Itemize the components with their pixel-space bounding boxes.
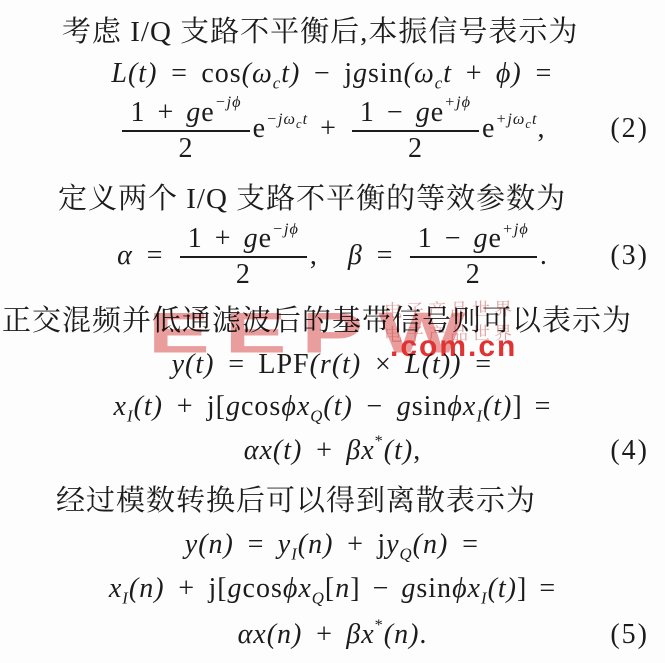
equation-5-line-3-body: αx(n) + βx*(n). — [238, 619, 428, 650]
equation-5-line-3: αx(n) + βx*(n). (5) — [0, 617, 665, 653]
equation-number-3: (3) — [610, 221, 649, 291]
equation-4-line-1-body: y(t) = LPF(r(t) × L(t)) = — [172, 349, 494, 380]
equation-2: 1 + ge−jϕ2e−jωct + 1 − ge+jϕ2e+jωct, (2) — [0, 94, 665, 165]
equation-3: α = 1 + ge−jϕ2, β = 1 − ge+jϕ2. (3) — [0, 221, 665, 292]
equation-5-line-1: y(n) = yI(n) + jyQ(n) = — [0, 527, 665, 563]
paragraph-baseband-intro: 正交混频并低通滤波后的基带信号则可以表示为 — [2, 303, 665, 339]
equation-2-body: 1 + ge−jϕ2e−jωct + 1 − ge+jϕ2e+jωct, — [119, 113, 545, 144]
equation-5-line-1-body: y(n) = yI(n) + jyQ(n) = — [185, 529, 480, 560]
paragraph-parameters-intro: 定义两个 I/Q 支路不平衡的等效参数为 — [58, 181, 665, 217]
equation-lo-body: L(t) = cos(ωct) − jgsin(ωct + ϕ) = — [111, 58, 553, 89]
equation-number-2: (2) — [610, 94, 649, 164]
equation-5-line-2-body: xI(n) + j[gcosϕxQ[n] − gsinϕxI(t)] = — [109, 573, 556, 604]
equation-lo-signal: L(t) = cos(ωct) − jgsin(ωct + ϕ) = — [0, 56, 665, 92]
page-content: 考虑 I/Q 支路不平衡后,本振信号表示为 L(t) = cos(ωct) − … — [0, 0, 665, 663]
equation-number-5: (5) — [610, 617, 649, 653]
equation-4-line-2: xI(t) + j[gcosϕxQ(t) − gsinϕxI(t)] = — [0, 389, 665, 425]
equation-3-body: α = 1 + ge−jϕ2, β = 1 − ge+jϕ2. — [117, 240, 548, 271]
paragraph-discrete-intro: 经过模数转换后可以得到离散表示为 — [56, 483, 665, 519]
paragraph-lo-intro: 考虑 I/Q 支路不平衡后,本振信号表示为 — [62, 14, 665, 50]
equation-4-line-3: αx(t) + βx*(t), (4) — [0, 433, 665, 469]
equation-4-line-3-body: αx(t) + βx*(t), — [244, 435, 421, 466]
scanned-paper-page: 考虑 I/Q 支路不平衡后,本振信号表示为 L(t) = cos(ωct) − … — [0, 0, 665, 663]
equation-5-line-2: xI(n) + j[gcosϕxQ[n] − gsinϕxI(t)] = — [0, 571, 665, 607]
equation-4-line-2-body: xI(t) + j[gcosϕxQ(t) − gsinϕxI(t)] = — [114, 391, 552, 422]
equation-number-4: (4) — [610, 433, 649, 469]
equation-4-line-1: y(t) = LPF(r(t) × L(t)) = — [0, 347, 665, 383]
